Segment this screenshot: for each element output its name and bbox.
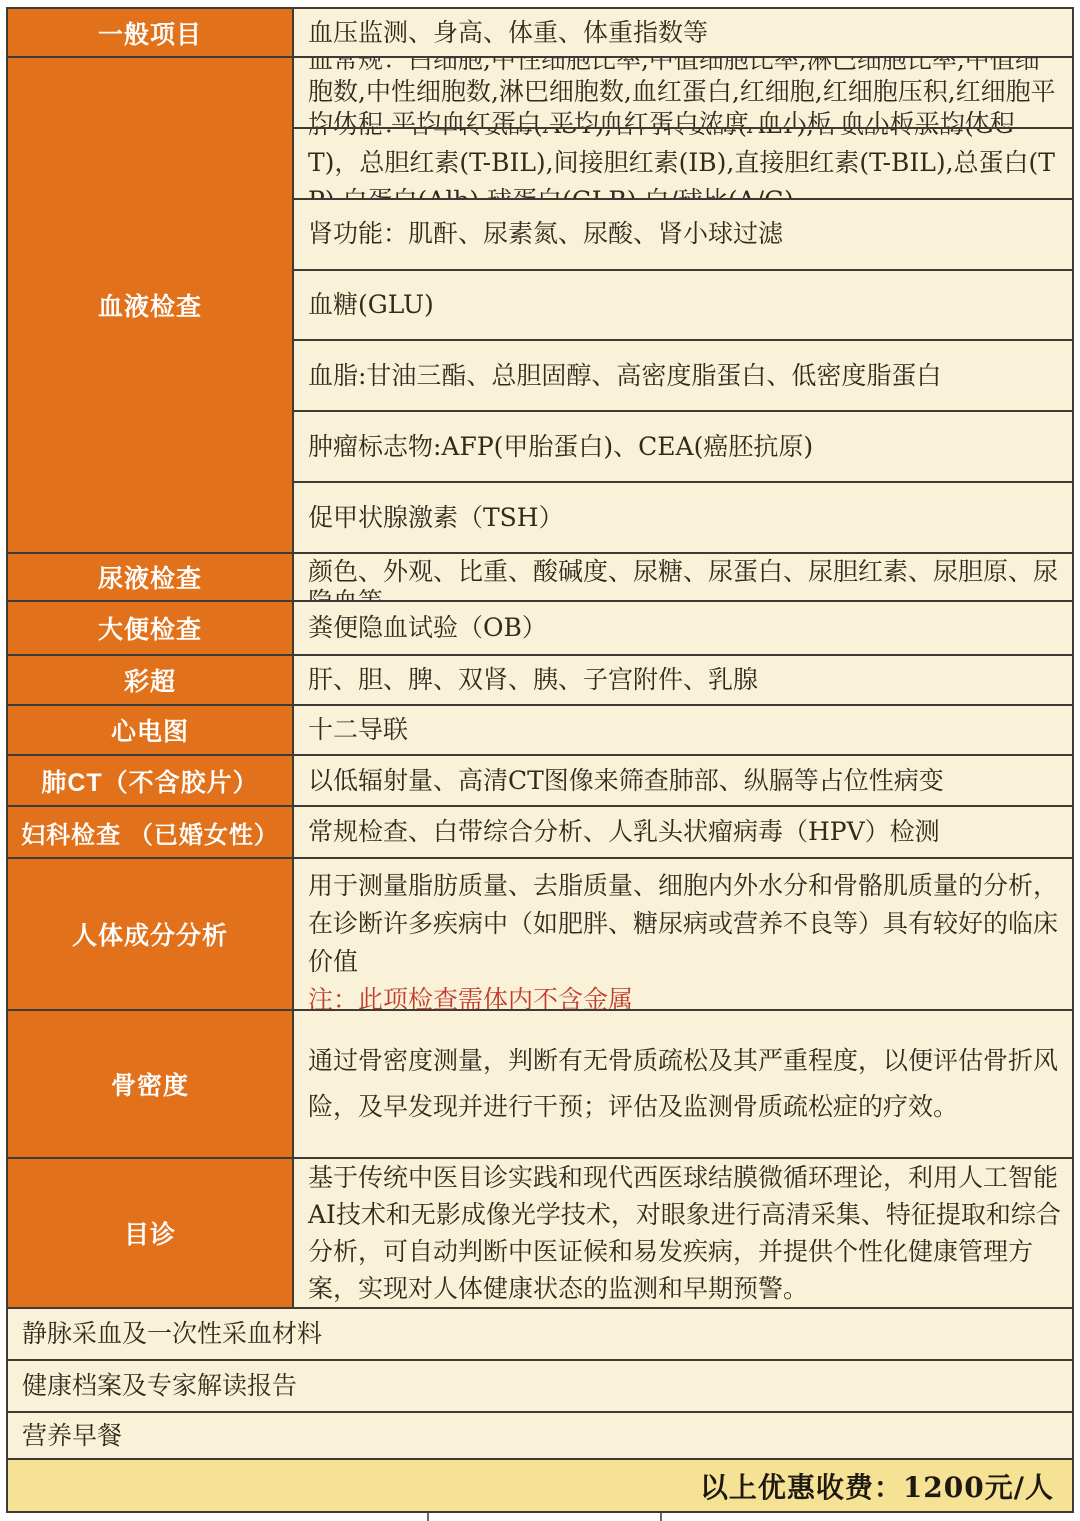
table-row-gynecology: 妇科检查 （已婚女性） 常规检查、白带综合分析、人乳头状瘤病毒（HPV）检测 bbox=[8, 807, 1072, 859]
table-row-eye-diagnosis: 目诊 基于传统中医目诊实践和现代西医球结膜微循环理论，利用人工智能AI技术和无影… bbox=[8, 1159, 1072, 1309]
content-text: 肾功能：肌酐、尿素氮、尿酸、肾小球过滤 bbox=[308, 215, 783, 253]
content-text: 肝、胆、脾、双肾、胰、子宫附件、乳腺 bbox=[308, 661, 758, 699]
content-text: 常规检查、白带综合分析、人乳头状瘤病毒（HPV）检测 bbox=[308, 813, 940, 851]
content-text: 血常规：白细胞,中性细胞比率,中值细胞比率,淋巴细胞比率,中值细胞数,中性细胞数… bbox=[308, 58, 1062, 129]
table-row-body-composition: 人体成分分析 用于测量脂肪质量、去脂质量、细胞内外水分和骨骼肌质量的分析，在诊断… bbox=[8, 859, 1072, 1011]
table-row-bone-density: 骨密度 通过骨密度测量，判断有无骨质疏松及其严重程度，以便评估骨折风险，及早发现… bbox=[8, 1011, 1072, 1159]
label-text: 目诊 bbox=[124, 1215, 176, 1251]
blood-subrow-cbc: 血常规：白细胞,中性细胞比率,中值细胞比率,淋巴细胞比率,中值细胞数,中性细胞数… bbox=[294, 58, 1072, 129]
label-text: 心电图 bbox=[111, 712, 189, 748]
table-row-ecg: 心电图 十二导联 bbox=[8, 706, 1072, 756]
content-text: 通过骨密度测量，判断有无骨质疏松及其严重程度，以便评估骨折风险，及早发现并进行干… bbox=[308, 1038, 1062, 1130]
row-content-ultrasound: 肝、胆、脾、双肾、胰、子宫附件、乳腺 bbox=[294, 656, 1072, 704]
row-label-lung-ct: 肺CT（不含胶片） bbox=[8, 756, 294, 805]
column-divider-tick bbox=[660, 1513, 662, 1521]
row-label-gynecology: 妇科检查 （已婚女性） bbox=[8, 807, 294, 857]
table-row-stool: 大便检查 粪便隐血试验（OB） bbox=[8, 602, 1072, 656]
table-row-lung-ct: 肺CT（不含胶片） 以低辐射量、高清CT图像来筛查肺部、纵膈等占位性病变 bbox=[8, 756, 1072, 807]
label-text: 彩超 bbox=[124, 662, 176, 698]
row-content-stool: 粪便隐血试验（OB） bbox=[294, 602, 1072, 654]
blood-subrow-lipids: 血脂:甘油三酯、总胆固醇、高密度脂蛋白、低密度脂蛋白 bbox=[294, 341, 1072, 412]
row-label-ecg: 心电图 bbox=[8, 706, 294, 754]
table-row-blood-draw: 静脉采血及一次性采血材料 bbox=[8, 1309, 1072, 1361]
label-text: 肺CT（不含胶片） bbox=[41, 763, 258, 799]
content-text: 静脉采血及一次性采血材料 bbox=[22, 1315, 322, 1353]
content-text: 以低辐射量、高清CT图像来筛查肺部、纵膈等占位性病变 bbox=[308, 762, 944, 800]
total-price-text: 以上优惠收费：1200元/人 bbox=[700, 1466, 1054, 1506]
row-label-blood: 血液检查 bbox=[8, 58, 294, 552]
blood-subrow-tsh: 促甲状腺激素（TSH） bbox=[294, 483, 1072, 552]
content-text: 粪便隐血试验（OB） bbox=[308, 609, 547, 647]
content-text: 血糖(GLU) bbox=[308, 286, 434, 324]
blood-subrow-kidney: 肾功能：肌酐、尿素氮、尿酸、肾小球过滤 bbox=[294, 200, 1072, 271]
content-text: 健康档案及专家解读报告 bbox=[22, 1367, 297, 1405]
label-text: 尿液检查 bbox=[98, 559, 202, 595]
row-content-bone-density: 通过骨密度测量，判断有无骨质疏松及其严重程度，以便评估骨折风险，及早发现并进行干… bbox=[294, 1011, 1072, 1157]
row-label-body-composition: 人体成分分析 bbox=[8, 859, 294, 1009]
content-text: 基于传统中医目诊实践和现代西医球结膜微循环理论，利用人工智能AI技术和无影成像光… bbox=[308, 1159, 1062, 1307]
blood-subrow-tumor-markers: 肿瘤标志物:AFP(甲胎蛋白)、CEA(癌胚抗原) bbox=[294, 412, 1072, 483]
label-text: 骨密度 bbox=[111, 1066, 189, 1102]
row-label-bone-density: 骨密度 bbox=[8, 1011, 294, 1157]
label-text: 大便检查 bbox=[98, 610, 202, 646]
row-label-general: 一般项目 bbox=[8, 9, 294, 56]
price-row: 以上优惠收费：1200元/人 bbox=[8, 1460, 1072, 1513]
content-text: 颜色、外观、比重、酸碱度、尿糖、尿蛋白、尿胆红素、尿胆原、尿隐血等 bbox=[308, 557, 1062, 600]
health-checkup-price-table-page: 一般项目 血压监测、身高、体重、体重指数等 血液检查 血常规：白细胞,中性细胞比… bbox=[0, 0, 1080, 1521]
checkup-items-table: 一般项目 血压监测、身高、体重、体重指数等 血液检查 血常规：白细胞,中性细胞比… bbox=[6, 7, 1074, 1513]
row-content-breakfast: 营养早餐 bbox=[8, 1413, 1072, 1458]
table-row-breakfast: 营养早餐 bbox=[8, 1413, 1072, 1460]
content-text: 营养早餐 bbox=[22, 1417, 122, 1455]
row-content-blood-draw: 静脉采血及一次性采血材料 bbox=[8, 1309, 1072, 1359]
row-label-eye-diagnosis: 目诊 bbox=[8, 1159, 294, 1307]
label-text: 人体成分分析 bbox=[72, 916, 228, 952]
row-content-lung-ct: 以低辐射量、高清CT图像来筛查肺部、纵膈等占位性病变 bbox=[294, 756, 1072, 805]
label-text: 血液检查 bbox=[98, 287, 202, 323]
column-divider-tick bbox=[427, 1513, 429, 1521]
row-label-stool: 大便检查 bbox=[8, 602, 294, 654]
row-content-gynecology: 常规检查、白带综合分析、人乳头状瘤病毒（HPV）检测 bbox=[294, 807, 1072, 857]
next-row-cutoff-strip bbox=[6, 1513, 1074, 1521]
content-text: 肿瘤标志物:AFP(甲胎蛋白)、CEA(癌胚抗原) bbox=[308, 428, 813, 466]
content-text: 血脂:甘油三酯、总胆固醇、高密度脂蛋白、低密度脂蛋白 bbox=[308, 357, 941, 395]
table-row-general: 一般项目 血压监测、身高、体重、体重指数等 bbox=[8, 9, 1072, 58]
row-content-eye-diagnosis: 基于传统中医目诊实践和现代西医球结膜微循环理论，利用人工智能AI技术和无影成像光… bbox=[294, 1159, 1072, 1307]
table-row-blood-group: 血液检查 血常规：白细胞,中性细胞比率,中值细胞比率,淋巴细胞比率,中值细胞数,… bbox=[8, 58, 1072, 554]
row-content-urine: 颜色、外观、比重、酸碱度、尿糖、尿蛋白、尿胆红素、尿胆原、尿隐血等 bbox=[294, 554, 1072, 600]
row-label-ultrasound: 彩超 bbox=[8, 656, 294, 704]
label-text: 妇科检查 （已婚女性） bbox=[21, 815, 279, 850]
content-text: 血压监测、身高、体重、体重指数等 bbox=[308, 14, 708, 52]
row-content-general: 血压监测、身高、体重、体重指数等 bbox=[294, 9, 1072, 56]
metal-warning-note: 注：此项检查需体内不含金属 bbox=[308, 981, 1062, 1009]
content-text: 肝功能：谷草转氨酶(AST),谷丙转氨酶(ALT),谷氨酰转肽酶(GGT)，总胆… bbox=[308, 129, 1062, 200]
label-text: 一般项目 bbox=[98, 15, 202, 51]
blood-subrow-glucose: 血糖(GLU) bbox=[294, 271, 1072, 342]
row-content-body-composition: 用于测量脂肪质量、去脂质量、细胞内外水分和骨骼肌质量的分析，在诊断许多疾病中（如… bbox=[294, 859, 1072, 1009]
row-content-ecg: 十二导联 bbox=[294, 706, 1072, 754]
content-text: 促甲状腺激素（TSH） bbox=[308, 499, 564, 537]
table-row-ultrasound: 彩超 肝、胆、脾、双肾、胰、子宫附件、乳腺 bbox=[8, 656, 1072, 706]
content-text: 用于测量脂肪质量、去脂质量、细胞内外水分和骨骼肌质量的分析，在诊断许多疾病中（如… bbox=[308, 871, 1058, 976]
table-row-health-record: 健康档案及专家解读报告 bbox=[8, 1361, 1072, 1413]
content-text: 十二导联 bbox=[308, 711, 408, 749]
blood-subrow-liver: 肝功能：谷草转氨酶(AST),谷丙转氨酶(ALT),谷氨酰转肽酶(GGT)，总胆… bbox=[294, 129, 1072, 200]
table-row-urine: 尿液检查 颜色、外观、比重、酸碱度、尿糖、尿蛋白、尿胆红素、尿胆原、尿隐血等 bbox=[8, 554, 1072, 602]
row-label-urine: 尿液检查 bbox=[8, 554, 294, 600]
row-content-health-record: 健康档案及专家解读报告 bbox=[8, 1361, 1072, 1411]
blood-subrows: 血常规：白细胞,中性细胞比率,中值细胞比率,淋巴细胞比率,中值细胞数,中性细胞数… bbox=[294, 58, 1072, 552]
